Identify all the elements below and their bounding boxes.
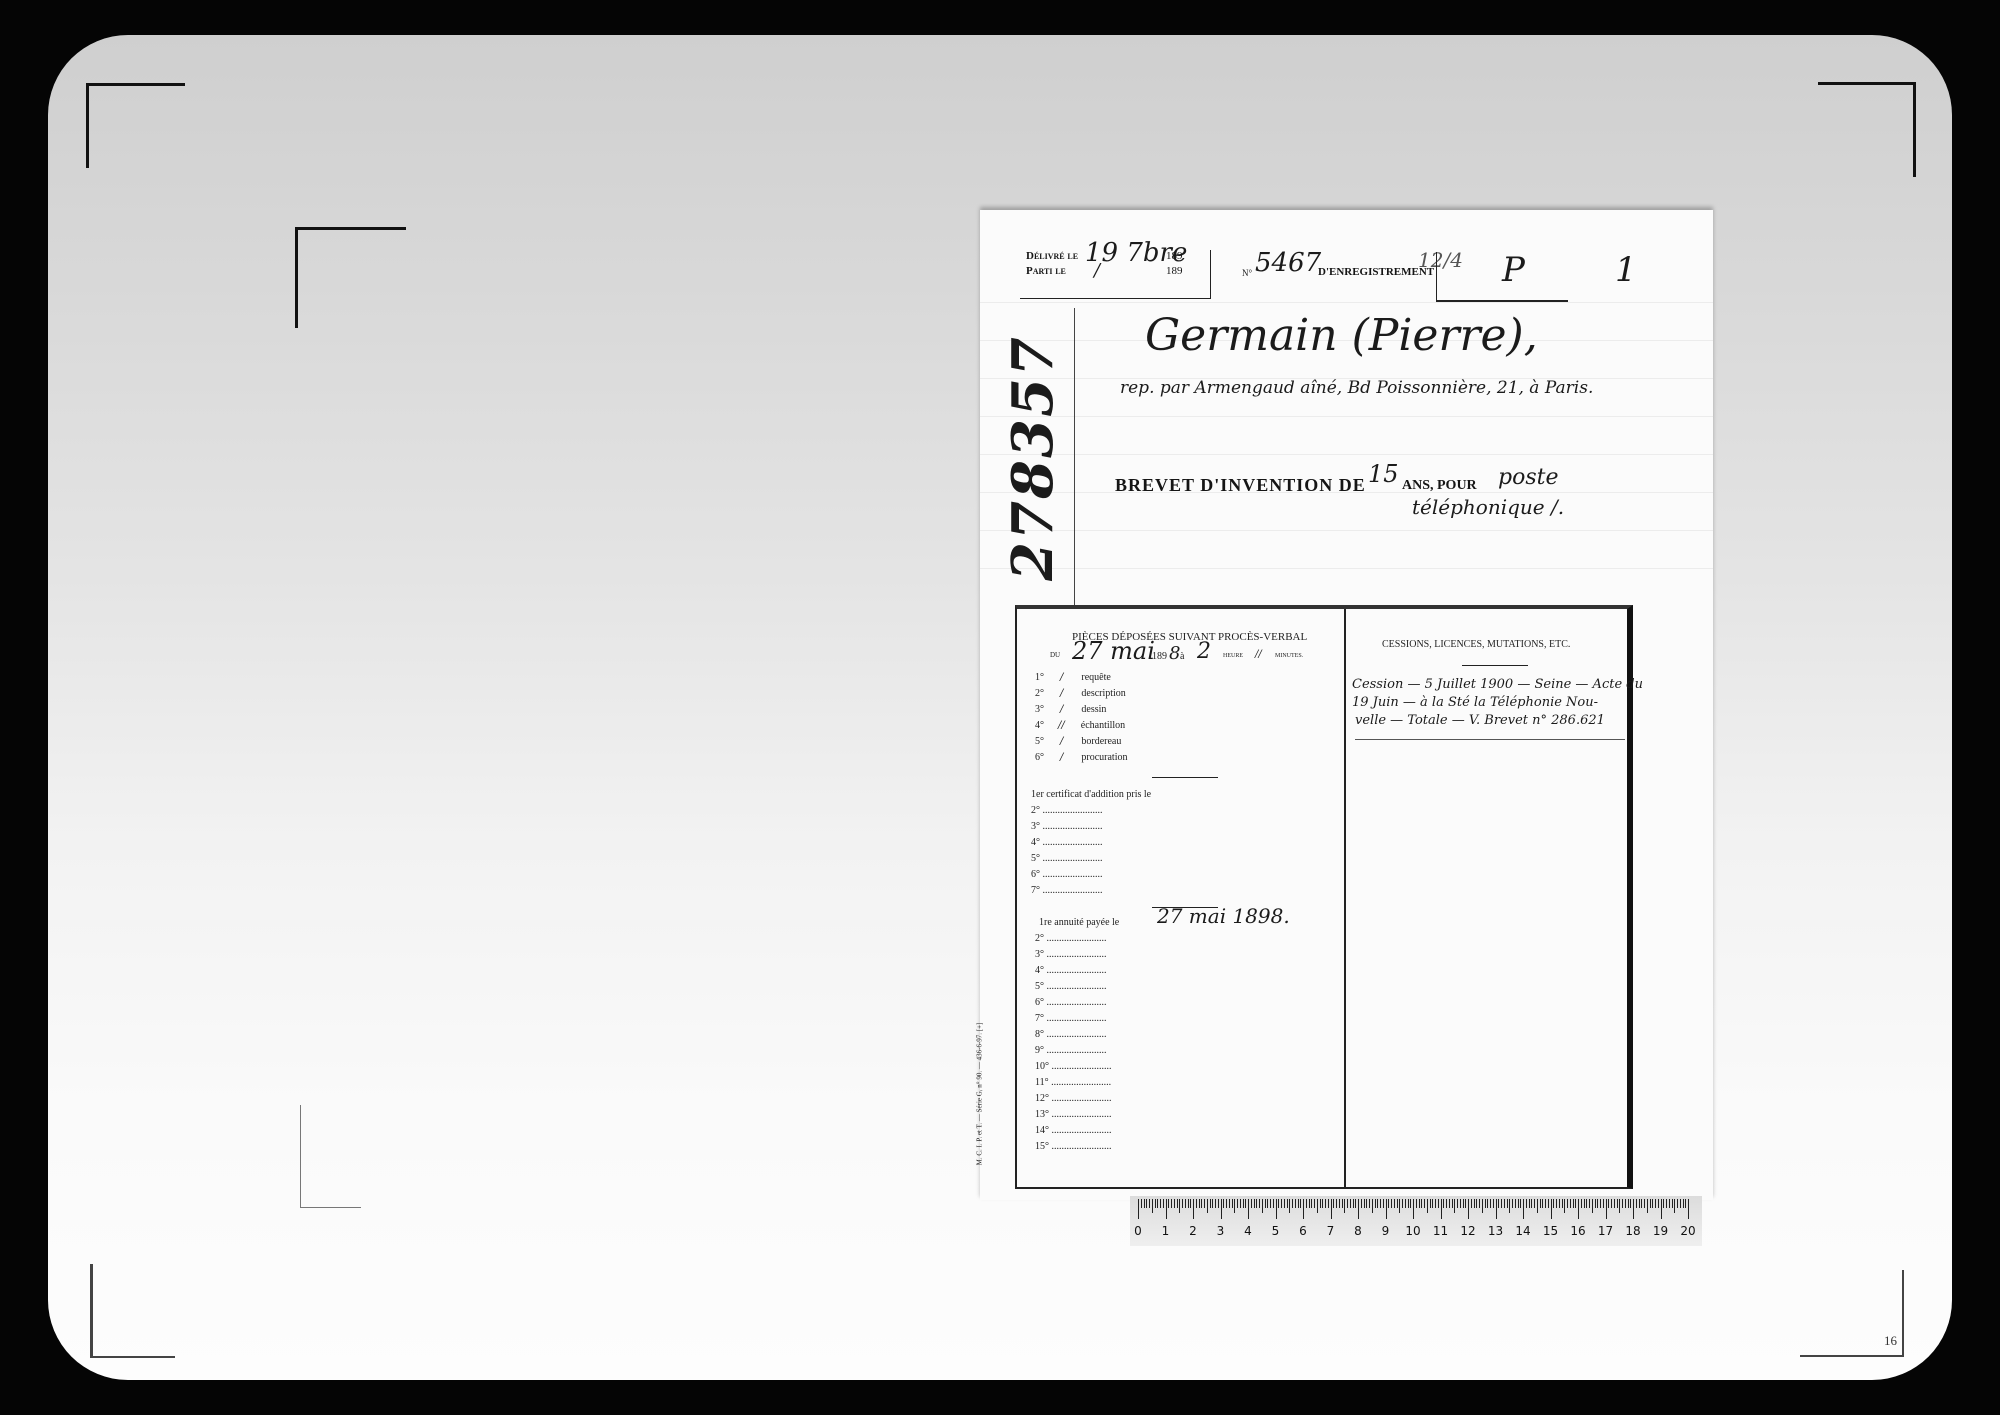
invention-subject-line1: poste — [1498, 465, 1558, 490]
list-item: 4° ........................ — [1035, 965, 1107, 976]
du-label: DU — [1050, 651, 1060, 659]
a-label: à — [1180, 651, 1184, 662]
ruler-label: 3 — [1217, 1224, 1225, 1238]
corner-mark-top-left — [86, 83, 185, 168]
list-item: 13° ........................ — [1035, 1109, 1112, 1120]
registration-no-label: N° — [1242, 268, 1252, 278]
corner-mark-bottom-left — [90, 1264, 175, 1358]
register-table: PIÈCES DÉPOSÉES SUIVANT PROCÈS-VERBAL DU… — [1015, 605, 1633, 1189]
certificate-first: 1er certificat d'addition pris le — [1031, 789, 1151, 800]
patent-duration: 15 — [1368, 460, 1399, 488]
deposit-date: 27 mai — [1072, 637, 1155, 665]
ruler-label: 5 — [1272, 1224, 1280, 1238]
applicant-name: Germain (Pierre), — [1145, 310, 1538, 361]
representative: rep. par Armengaud aîné, Bd Poissonnière… — [1120, 378, 1593, 398]
patent-register-page: Délivré le Parti le 19 7bre / 189 189 N°… — [980, 210, 1713, 1200]
ruler-label: 9 — [1382, 1224, 1390, 1238]
list-item: 7° ........................ — [1031, 885, 1103, 896]
inner-mark-bottom-left — [300, 1105, 361, 1208]
ruler-label: 10 — [1405, 1224, 1420, 1238]
class-letter: P — [1502, 250, 1525, 290]
hour-value: 2 — [1197, 639, 1211, 664]
cessions-heading: CESSIONS, LICENCES, MUTATIONS, ETC. — [1382, 639, 1570, 650]
parti-label: Parti le — [1026, 265, 1066, 277]
ruler-label: 12 — [1460, 1224, 1475, 1238]
list-item: 11° ........................ — [1035, 1077, 1111, 1088]
ruler-label: 2 — [1189, 1224, 1197, 1238]
list-item: 7° ........................ — [1035, 1013, 1107, 1024]
printer-note: M. C. I. P. et T. — Série G, n° 90. — 43… — [975, 1023, 983, 1166]
list-item: 5° ........................ — [1035, 981, 1107, 992]
list-item: 4° ........................ — [1031, 837, 1103, 848]
registration-number: 5467 — [1255, 248, 1321, 278]
list-item: 8° ........................ — [1035, 1029, 1107, 1040]
year-value: 8 — [1169, 643, 1180, 664]
parti-date: / — [1094, 260, 1100, 281]
ruler-label: 19 — [1653, 1224, 1668, 1238]
minutes-value: // — [1255, 649, 1262, 660]
list-item: 6° ........................ — [1035, 997, 1107, 1008]
year-prefix-1: 189 — [1166, 250, 1183, 262]
ruler-label: 7 — [1327, 1224, 1335, 1238]
invention-subject-line2: téléphonique /. — [1412, 495, 1564, 519]
list-item: 9° ........................ — [1035, 1045, 1107, 1056]
ruler-label: 11 — [1433, 1224, 1448, 1238]
annuity-first-value: 27 mai 1898. — [1157, 904, 1290, 928]
cession-entry-line-2: 19 Juin — à la Sté la Téléphonie Nou- — [1352, 695, 1598, 710]
class-number: 1 — [1615, 250, 1637, 290]
ruler-label: 16 — [1570, 1224, 1585, 1238]
ruler-label: 20 — [1680, 1224, 1695, 1238]
ruler-label: 4 — [1244, 1224, 1252, 1238]
title-label: BREVET D'INVENTION DE — [1115, 475, 1366, 496]
annuity-first: 1re annuité payée le — [1039, 917, 1119, 928]
ruler-label: 0 — [1134, 1224, 1142, 1238]
list-item: 10° ........................ — [1035, 1061, 1112, 1072]
year-prefix-2: 189 — [1166, 265, 1183, 277]
list-item: 14° ........................ — [1035, 1125, 1112, 1136]
list-item: 2° ........................ — [1031, 805, 1103, 816]
inner-mark-top-left — [295, 227, 406, 328]
list-item: 12° ........................ — [1035, 1093, 1112, 1104]
patent-number: 278357 — [1000, 335, 1066, 581]
ruler-label: 15 — [1543, 1224, 1558, 1238]
delivre-label: Délivré le — [1026, 250, 1078, 262]
cession-entry-line-1: Cession — 5 Juillet 1900 — Seine — Acte … — [1352, 677, 1643, 692]
ruler-label: 1 — [1162, 1224, 1170, 1238]
list-item: 2° ........................ — [1035, 933, 1107, 944]
frame-page-number: 16 — [1884, 1333, 1897, 1349]
ruler-label: 6 — [1299, 1224, 1307, 1238]
corner-mark-top-right — [1818, 82, 1916, 177]
cession-entry-line-3: velle — Totale — V. Brevet n° 286.621 — [1355, 713, 1605, 728]
ruler-label: 17 — [1598, 1224, 1613, 1238]
ruler-label: 18 — [1625, 1224, 1640, 1238]
minutes-label: MINUTES. — [1275, 653, 1303, 659]
list-item: 5° ........................ — [1031, 853, 1103, 864]
list-item: 6° ........................ — [1031, 869, 1103, 880]
measurement-ruler: 01234567891011121314151617181920 — [1130, 1196, 1702, 1246]
list-item: 3° ........................ — [1035, 949, 1107, 960]
registration-label: D'ENREGISTREMENT — [1318, 266, 1434, 278]
title-suffix: ANS, POUR — [1402, 478, 1477, 494]
hour-label: HEURE — [1223, 653, 1243, 659]
ruler-label: 13 — [1488, 1224, 1503, 1238]
year-label: 189 — [1152, 651, 1167, 662]
list-item: 3° ........................ — [1031, 821, 1103, 832]
ruler-label: 14 — [1515, 1224, 1530, 1238]
list-item: 15° ........................ — [1035, 1141, 1112, 1152]
registration-fraction: 12/4 — [1418, 248, 1463, 272]
ruler-label: 8 — [1354, 1224, 1362, 1238]
